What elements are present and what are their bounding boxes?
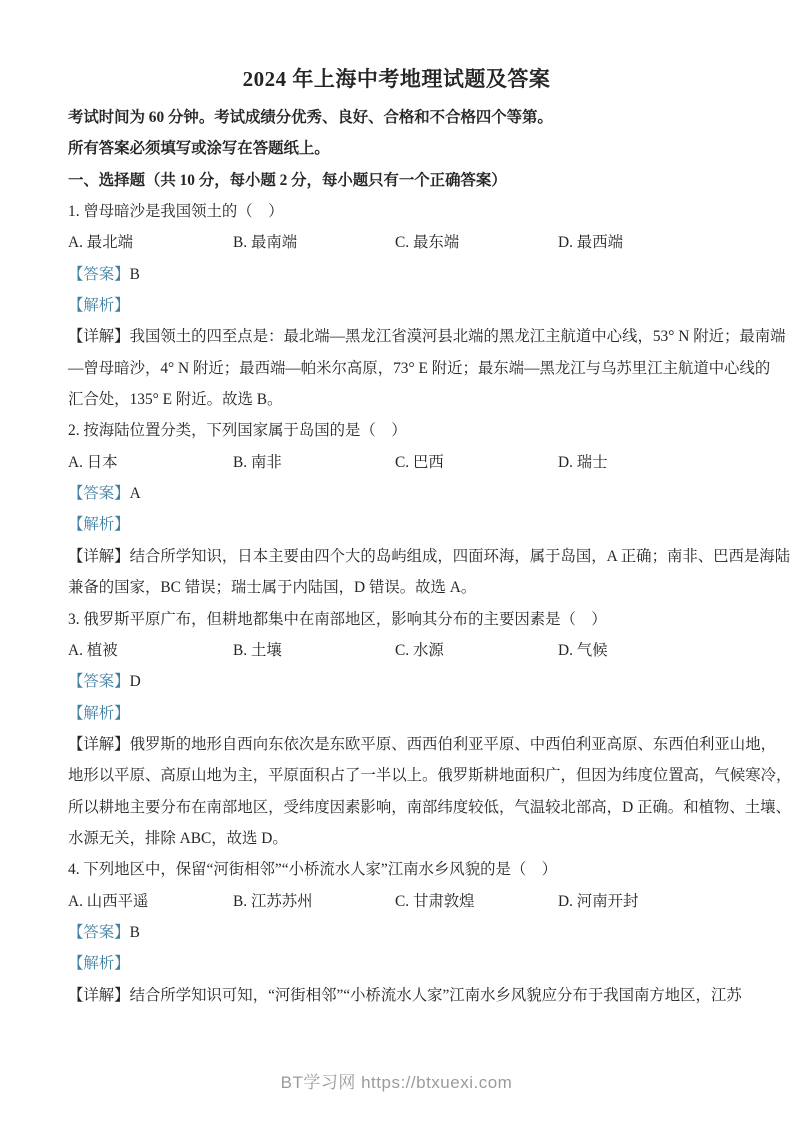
question-2-option-b: B. 南非 [233, 447, 395, 478]
question-3-answer-line: 【答案】D [68, 666, 740, 697]
question-3-explanation-line-1: 【详解】俄罗斯的地形自西向东依次是东欧平原、西西伯利亚平原、中西伯利亚高原、东西… [68, 729, 740, 760]
analysis-label: 【解析】 [68, 705, 130, 722]
document-page: 2024 年上海中考地理试题及答案 考试时间为 60 分钟。考试成绩分优秀、良好… [0, 0, 793, 1122]
question-2-analysis-line: 【解析】 [68, 509, 740, 540]
page-title: 2024 年上海中考地理试题及答案 [0, 63, 793, 93]
question-3-options: A. 植被B. 土壤C. 水源D. 气候 [68, 635, 740, 666]
question-1-stem: 1. 曾母暗沙是我国领土的（ ） [68, 196, 740, 227]
question-3-explanation-line-4: 水源无关，排除 ABC，故选 D。 [68, 823, 740, 854]
question-1-analysis-line: 【解析】 [68, 290, 740, 321]
document-body: 考试时间为 60 分钟。考试成绩分优秀、良好、合格和不合格四个等第。 所有答案必… [68, 102, 740, 1011]
question-1-option-c: C. 最东端 [395, 227, 558, 258]
question-1-explanation-line-2: —曾母暗沙，4° N 附近；最西端—帕米尔高原，73° E 附近；最东端—黑龙江… [68, 353, 740, 384]
question-4-option-d: D. 河南开封 [558, 886, 638, 917]
question-1-option-a: A. 最北端 [68, 227, 233, 258]
question-3-option-b: B. 土壤 [233, 635, 395, 666]
question-4-option-b: B. 江苏苏州 [233, 886, 395, 917]
question-4-options: A. 山西平遥B. 江苏苏州C. 甘肃敦煌D. 河南开封 [68, 886, 740, 917]
question-4-stem: 4. 下列地区中，保留“河街相邻”“小桥流水人家”江南水乡风貌的是（ ） [68, 854, 740, 885]
analysis-label: 【解析】 [68, 297, 130, 314]
question-3-option-a: A. 植被 [68, 635, 233, 666]
exam-note-1: 考试时间为 60 分钟。考试成绩分优秀、良好、合格和不合格四个等第。 [68, 102, 740, 133]
question-3-analysis-line: 【解析】 [68, 698, 740, 729]
question-1-answer-line: 【答案】B [68, 259, 740, 290]
question-1-answer-value: B [130, 266, 140, 283]
question-3-answer-value: D [130, 673, 141, 690]
question-2-option-c: C. 巴西 [395, 447, 558, 478]
question-1-option-b: B. 最南端 [233, 227, 395, 258]
question-2-answer-line: 【答案】A [68, 478, 740, 509]
question-2-option-a: A. 日本 [68, 447, 233, 478]
answer-label: 【答案】 [68, 924, 130, 941]
question-2-answer-value: A [130, 485, 141, 502]
question-2-option-d: D. 瑞士 [558, 447, 608, 478]
analysis-label: 【解析】 [68, 516, 130, 533]
question-1-option-d: D. 最西端 [558, 227, 623, 258]
question-4-answer-value: B [130, 924, 140, 941]
analysis-label: 【解析】 [68, 955, 130, 972]
footer-watermark: BT学习网 https://btxuexi.com [0, 1068, 793, 1093]
answer-label: 【答案】 [68, 266, 130, 283]
answer-label: 【答案】 [68, 673, 130, 690]
question-4-analysis-line: 【解析】 [68, 948, 740, 979]
question-2-explanation-line-2: 兼备的国家，BC 错误；瑞士属于内陆国，D 错误。故选 A。 [68, 572, 740, 603]
question-3-option-d: D. 气候 [558, 635, 608, 666]
answer-label: 【答案】 [68, 485, 130, 502]
question-1-options: A. 最北端B. 最南端C. 最东端D. 最西端 [68, 227, 740, 258]
question-2-stem: 2. 按海陆位置分类，下列国家属于岛国的是（ ） [68, 415, 740, 446]
question-4-answer-line: 【答案】B [68, 917, 740, 948]
question-3-explanation-line-3: 所以耕地主要分布在南部地区，受纬度因素影响，南部纬度较低，气温较北部高，D 正确… [68, 792, 740, 823]
question-3-stem: 3. 俄罗斯平原广布，但耕地都集中在南部地区，影响其分布的主要因素是（ ） [68, 604, 740, 635]
question-3-explanation-line-2: 地形以平原、高原山地为主，平原面积占了一半以上。俄罗斯耕地面积广，但因为纬度位置… [68, 760, 740, 791]
section-heading: 一、选择题（共 10 分，每小题 2 分，每小题只有一个正确答案） [68, 165, 740, 196]
question-4-option-a: A. 山西平遥 [68, 886, 233, 917]
question-2-explanation-line-1: 【详解】结合所学知识，日本主要由四个大的岛屿组成，四面环海，属于岛国，A 正确；… [68, 541, 740, 572]
question-4-option-c: C. 甘肃敦煌 [395, 886, 558, 917]
question-2-options: A. 日本B. 南非C. 巴西D. 瑞士 [68, 447, 740, 478]
question-4-explanation-line-1: 【详解】结合所学知识可知，“河街相邻”“小桥流水人家”江南水乡风貌应分布于我国南… [68, 980, 740, 1011]
question-3-option-c: C. 水源 [395, 635, 558, 666]
question-1-explanation-line-3: 汇合处，135° E 附近。故选 B。 [68, 384, 740, 415]
question-1-explanation-line-1: 【详解】我国领土的四至点是：最北端—黑龙江省漠河县北端的黑龙江主航道中心线，53… [68, 321, 740, 352]
exam-note-2: 所有答案必须填写或涂写在答题纸上。 [68, 133, 740, 164]
